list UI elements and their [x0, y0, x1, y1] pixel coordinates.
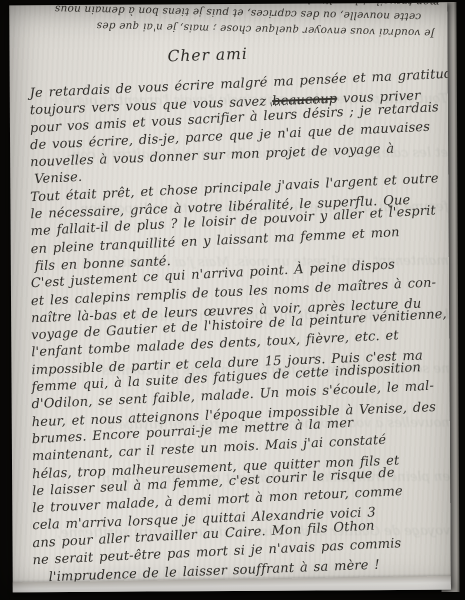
letter-sheet: Tout était prêt, et chose principale j'a…: [9, 3, 451, 593]
inverted-top-margin-text: Je voudrai vous envoyer quelque chose ; …: [17, 3, 442, 40]
letter-photograph: 2 Tout était prêt, et chose principale j…: [0, 0, 465, 600]
letter-body: Je retardais de vous écrire malgré ma pe…: [30, 83, 437, 587]
salutation: Cher ami: [167, 45, 248, 66]
